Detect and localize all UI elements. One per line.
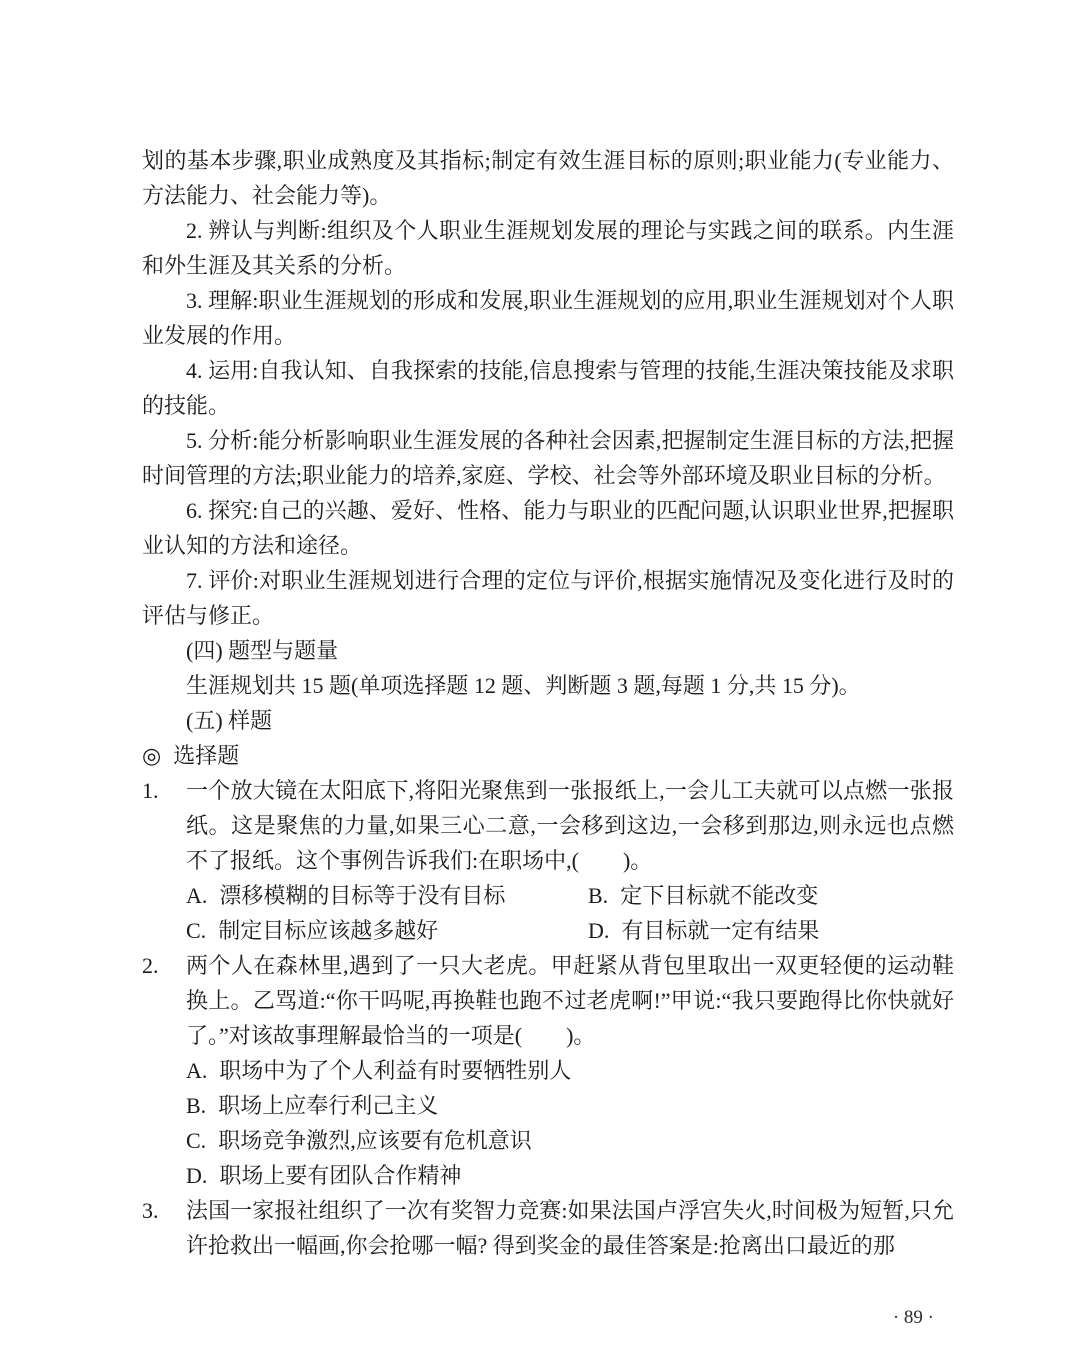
document-page: 划的基本步骤,职业成熟度及其指标;制定有效生涯目标的原则;职业能力(专业能力、方… [0, 0, 1080, 1372]
option-c: C.制定目标应该越多越好 [186, 913, 588, 948]
option-label: B. [588, 878, 608, 913]
question-1-options: A.漂移模糊的目标等于没有目标 B.定下目标就不能改变 C.制定目标应该越多越好… [186, 878, 954, 948]
choice-section-label: 选择题 [173, 743, 239, 768]
question-number: 1. [142, 773, 186, 948]
option-label: B. [186, 1088, 206, 1123]
paragraph-item-2: 2. 辨认与判断:组织及个人职业生涯规划发展的理论与实践之间的联系。内生涯和外生… [142, 213, 954, 283]
paragraph-item-6: 6. 探究:自己的兴趣、爱好、性格、能力与职业的匹配问题,认识职业世界,把握职业… [142, 493, 954, 563]
section-heading-sample: (五) 样题 [142, 703, 954, 738]
section-heading-question-types: (四) 题型与题量 [142, 633, 954, 668]
question-number: 3. [142, 1193, 186, 1263]
question-2: 2. 两个人在森林里,遇到了一只大老虎。甲赶紧从背包里取出一双更轻便的运动鞋换上… [142, 948, 954, 1193]
paragraph-item-5: 5. 分析:能分析影响职业生涯发展的各种社会因素,把握制定生涯目标的方法,把握时… [142, 423, 954, 493]
option-text: 职场上要有团队合作精神 [219, 1163, 461, 1188]
question-3: 3. 法国一家报社组织了一次有奖智力竞赛:如果法国卢浮宫失火,时间极为短暂,只允… [142, 1193, 954, 1263]
option-label: A. [186, 878, 207, 913]
option-d: D.有目标就一定有结果 [588, 913, 954, 948]
option-text: 漂移模糊的目标等于没有目标 [219, 883, 505, 908]
option-d: D.职场上要有团队合作精神 [186, 1158, 954, 1193]
option-c: C.职场竞争激烈,应该要有危机意识 [186, 1123, 954, 1158]
question-2-options: A.职场中为了个人利益有时要牺牲别人 B.职场上应奉行利己主义 C.职场竞争激烈… [186, 1053, 954, 1193]
option-label: A. [186, 1053, 207, 1088]
question-1: 1. 一个放大镜在太阳底下,将阳光聚焦到一张报纸上,一会儿工夫就可以点燃一张报纸… [142, 773, 954, 948]
option-text: 职场竞争激烈,应该要有危机意识 [218, 1128, 532, 1153]
question-body: 一个放大镜在太阳底下,将阳光聚焦到一张报纸上,一会儿工夫就可以点燃一张报纸。这是… [186, 773, 954, 948]
option-text: 职场上应奉行利己主义 [218, 1093, 438, 1118]
paragraph-item-4: 4. 运用:自我认知、自我探索的技能,信息搜索与管理的技能,生涯决策技能及求职的… [142, 353, 954, 423]
question-types-body: 生涯规划共 15 题(单项选择题 12 题、判断题 3 题,每题 1 分,共 1… [142, 668, 954, 703]
option-label: C. [186, 1123, 206, 1158]
question-text: 两个人在森林里,遇到了一只大老虎。甲赶紧从背包里取出一双更轻便的运动鞋换上。乙骂… [186, 948, 954, 1053]
page-content: 划的基本步骤,职业成熟度及其指标;制定有效生涯目标的原则;职业能力(专业能力、方… [142, 143, 954, 1263]
question-body: 两个人在森林里,遇到了一只大老虎。甲赶紧从背包里取出一双更轻便的运动鞋换上。乙骂… [186, 948, 954, 1193]
option-text: 制定目标应该越多越好 [218, 918, 438, 943]
option-label: D. [186, 1158, 207, 1193]
page-number: · 89 · [893, 1307, 934, 1329]
choice-section-line: ◎选择题 [142, 738, 954, 773]
paragraph-item-7: 7. 评价:对职业生涯规划进行合理的定位与评价,根据实施情况及变化进行及时的评估… [142, 563, 954, 633]
option-text: 有目标就一定有结果 [621, 918, 819, 943]
paragraph-item-3: 3. 理解:职业生涯规划的形成和发展,职业生涯规划的应用,职业生涯规划对个人职业… [142, 283, 954, 353]
option-text: 职场中为了个人利益有时要牺牲别人 [219, 1058, 571, 1083]
paragraph-continuation: 划的基本步骤,职业成熟度及其指标;制定有效生涯目标的原则;职业能力(专业能力、方… [142, 143, 954, 213]
option-b: B.职场上应奉行利己主义 [186, 1088, 954, 1123]
question-number: 2. [142, 948, 186, 1193]
double-circle-icon: ◎ [142, 738, 161, 773]
question-text: 一个放大镜在太阳底下,将阳光聚焦到一张报纸上,一会儿工夫就可以点燃一张报纸。这是… [186, 773, 954, 878]
option-a: A.漂移模糊的目标等于没有目标 [186, 878, 588, 913]
option-label: C. [186, 913, 206, 948]
option-label: D. [588, 913, 609, 948]
question-text: 法国一家报社组织了一次有奖智力竞赛:如果法国卢浮宫失火,时间极为短暂,只允许抢救… [186, 1193, 954, 1263]
option-a: A.职场中为了个人利益有时要牺牲别人 [186, 1053, 954, 1088]
option-text: 定下目标就不能改变 [620, 883, 818, 908]
question-body: 法国一家报社组织了一次有奖智力竞赛:如果法国卢浮宫失火,时间极为短暂,只允许抢救… [186, 1193, 954, 1263]
option-b: B.定下目标就不能改变 [588, 878, 954, 913]
